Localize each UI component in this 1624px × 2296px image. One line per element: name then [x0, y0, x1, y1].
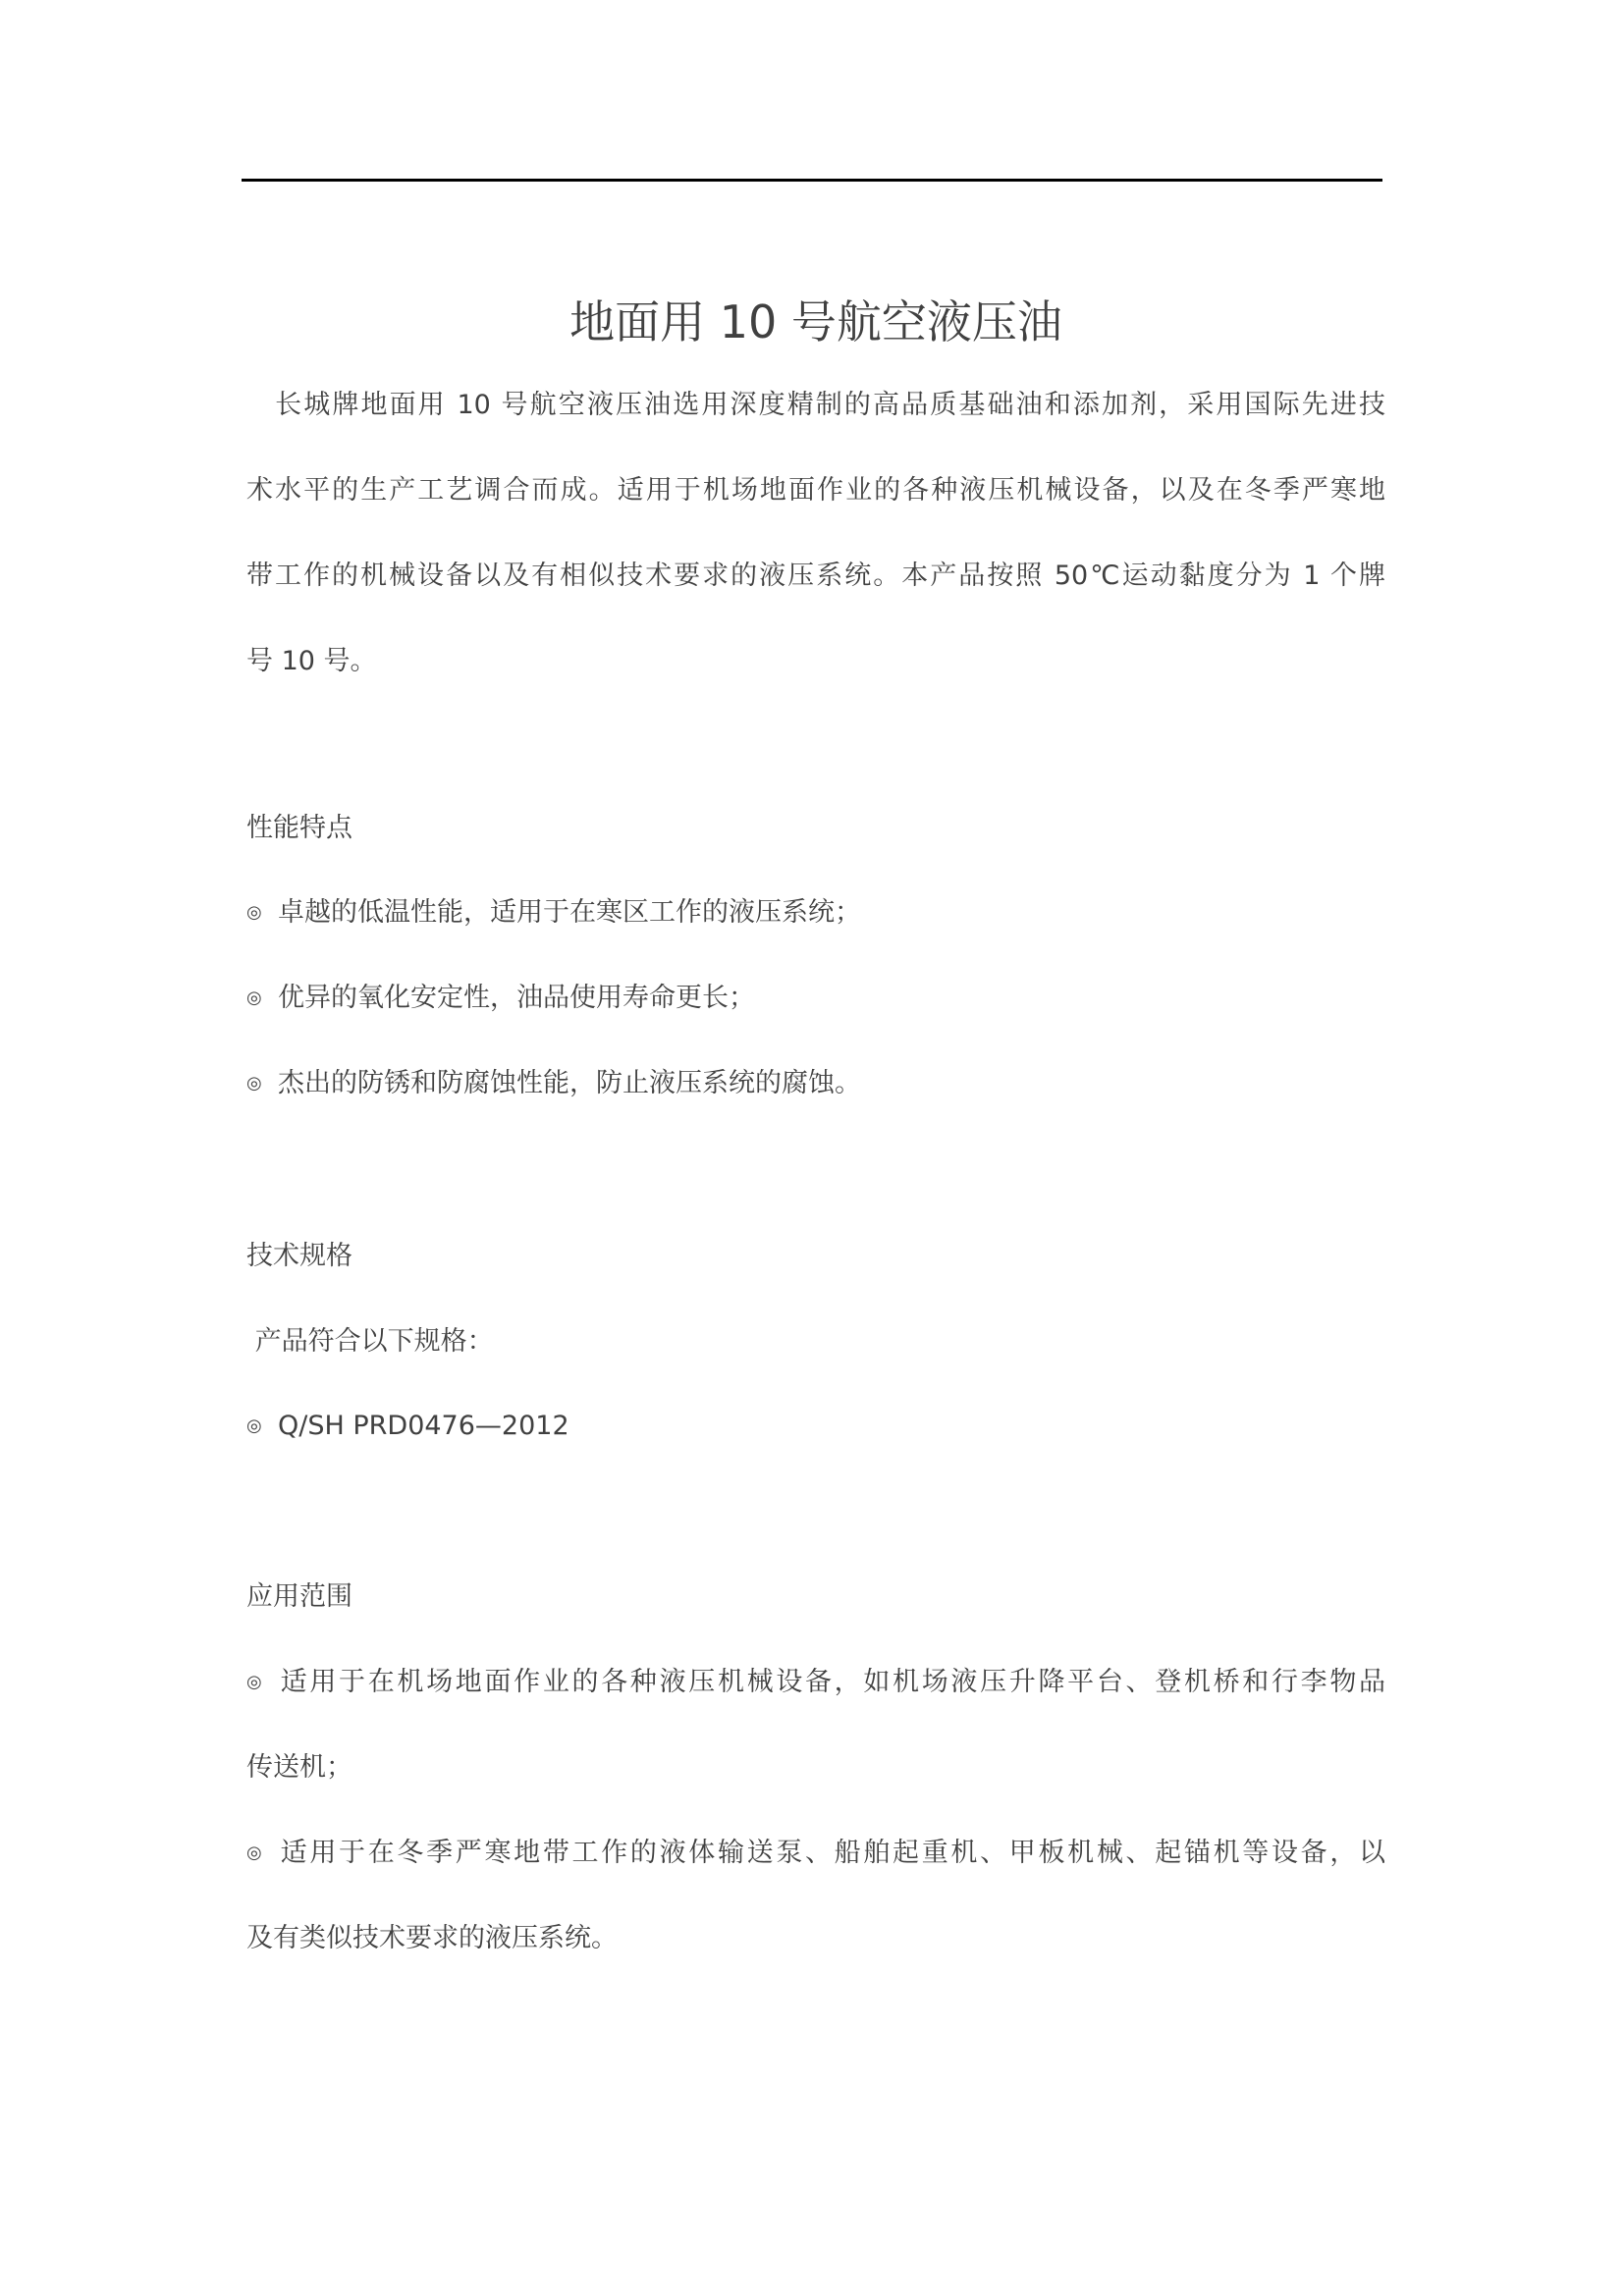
list-item-text: 适用于在冬季严寒地带工作的液体输送泵、船舶起重机、甲板机械、起锚机等设备，以 — [278, 1838, 1385, 1868]
spec-standard: Q/SH PRD0476—2012 — [278, 1411, 569, 1441]
bullet-icon: ◎ — [246, 1834, 278, 1873]
list-item-text: 优异的氧化安定性，油品使用寿命更长； — [278, 983, 755, 1013]
bullet-icon: ◎ — [246, 1064, 278, 1103]
list-item: ◎卓越的低温性能，适用于在寒区工作的液压系统； — [246, 893, 861, 933]
bullet-icon: ◎ — [246, 979, 278, 1018]
section-heading-applications: 应用范围 — [246, 1577, 352, 1617]
intro-line-3: 带工作的机械设备以及有相似技术要求的液压系统。本产品按照 50℃运动黏度分为 1… — [246, 557, 1385, 596]
bullet-icon: ◎ — [246, 893, 278, 933]
header-rule — [242, 179, 1382, 182]
bullet-icon: ◎ — [246, 1407, 278, 1446]
intro-line-2: 术水平的生产工艺调合而成。适用于机场地面作业的各种液压机械设备，以及在冬季严寒地 — [246, 471, 1385, 510]
list-item-continuation: 传送机； — [246, 1748, 352, 1788]
bullet-icon: ◎ — [246, 1663, 278, 1702]
list-item: ◎Q/SH PRD0476—2012 — [246, 1407, 569, 1446]
list-item: ◎杰出的防锈和防腐蚀性能，防止液压系统的腐蚀。 — [246, 1064, 861, 1103]
document-title: 地面用 10 号航空液压油 — [246, 291, 1385, 353]
list-item: ◎适用于在冬季严寒地带工作的液体输送泵、船舶起重机、甲板机械、起锚机等设备，以 — [246, 1834, 1385, 1873]
list-item-continuation: 及有类似技术要求的液压系统。 — [246, 1919, 618, 1958]
list-item: ◎适用于在机场地面作业的各种液压机械设备，如机场液压升降平台、登机桥和行李物品 — [246, 1663, 1385, 1702]
list-item-text: 卓越的低温性能，适用于在寒区工作的液压系统； — [278, 897, 861, 928]
list-item: ◎优异的氧化安定性，油品使用寿命更长； — [246, 979, 755, 1018]
intro-line-4: 号 10 号。 — [246, 642, 377, 681]
intro-line-1: 长城牌地面用 10 号航空液压油选用深度精制的高品质基础油和添加剂，采用国际先进… — [246, 386, 1385, 425]
specs-lead-text: 产品符合以下规格： — [246, 1322, 494, 1362]
section-heading-specs: 技术规格 — [246, 1237, 352, 1276]
list-item-text: 适用于在机场地面作业的各种液压机械设备，如机场液压升降平台、登机桥和行李物品 — [278, 1667, 1385, 1697]
list-item-text: 杰出的防锈和防腐蚀性能，防止液压系统的腐蚀。 — [278, 1068, 861, 1098]
section-heading-features: 性能特点 — [246, 809, 352, 848]
